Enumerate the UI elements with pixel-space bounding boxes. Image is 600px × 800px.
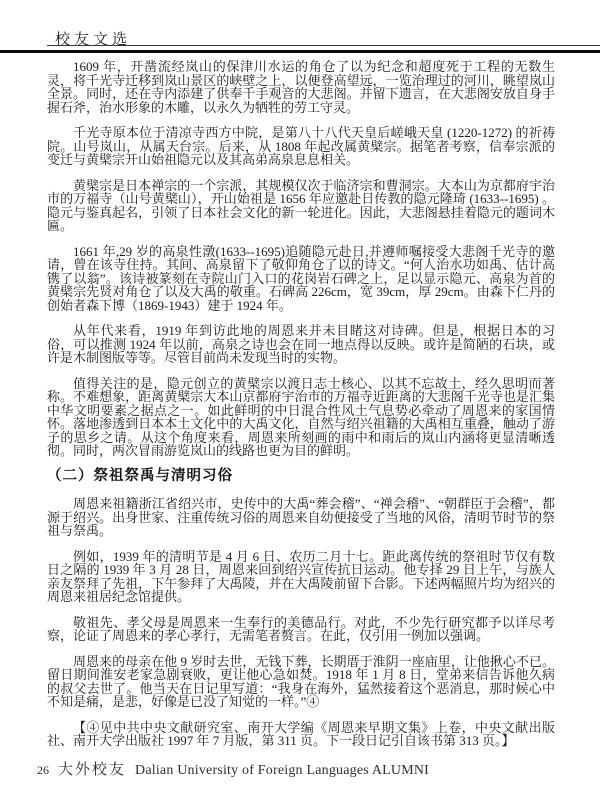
paragraph: 周恩来的母亲在他 9 岁时去世，无钱下葬，长期厝于淮阴一座庙里，让他揪心不已。留… [47,655,555,709]
journal-name-chinese: 大外校友 [58,758,126,779]
paragraph: 从年代来看，1919 年到访此地的周恩来并未目睹这对诗碑。但是，根据日本的习俗，… [47,324,555,365]
paragraph: 1661 年,29 岁的高泉性潡(1633--1695)追随隐元赴日,并遵师嘱接… [47,245,555,313]
paragraph: 千光寺原本位于清凉寺西方中院，是第八十八代天皇后嵯峨天皇 (1220-1272)… [47,126,555,167]
page-number: 26 [37,763,49,778]
header-rule-thin [47,45,600,46]
journal-name-english: Dalian University of Foreign Languages A… [135,763,429,779]
section-heading: （二）祭祖祭禹与清明习俗 [47,470,555,484]
page-footer: 26 大外校友 Dalian University of Foreign Lan… [37,758,429,779]
header-rule-thick [0,50,600,53]
paragraph: 敬祖先、孝父母是周恩来一生奉行的美德品行。对此，不少先行研究都予以详尽考察，论证… [47,616,555,643]
paragraph: 周恩来祖籍浙江省绍兴市，史传中的大禹“葬会稽”、“禅会稽”、“朝群臣于会稽”，都… [47,497,555,538]
paragraph: 1609 年，开凿流经岚山的保津川水运的角仓了以为纪念和超度死于工程的无数生灵，… [47,60,555,114]
paragraph: 黄檗宗是日本禅宗的一个宗派，其规模仅次于临济宗和曹洞宗。大本山为京都府宇治市的万… [47,179,555,233]
footnote-paragraph: 【④见中共中央文献研究室、南开大学编《周恩来早期文集》上卷，中央文献出版社、南开… [47,721,555,748]
document-page: 校友文选 1609 年，开凿流经岚山的保津川水运的角仓了以为纪念和超度死于工程的… [0,0,600,800]
article-body: 1609 年，开凿流经岚山的保津川水运的角仓了以为纪念和超度死于工程的无数生灵，… [47,60,555,748]
paragraph: 例如，1939 年的清明节是 4 月 6 日、农历二月十七。距此离传统的祭祖时节… [47,550,555,604]
paragraph: 值得关注的是，隐元创立的黄檗宗以渡日志士核心、以其不忘故土，经久思明而著称。不难… [47,377,555,458]
